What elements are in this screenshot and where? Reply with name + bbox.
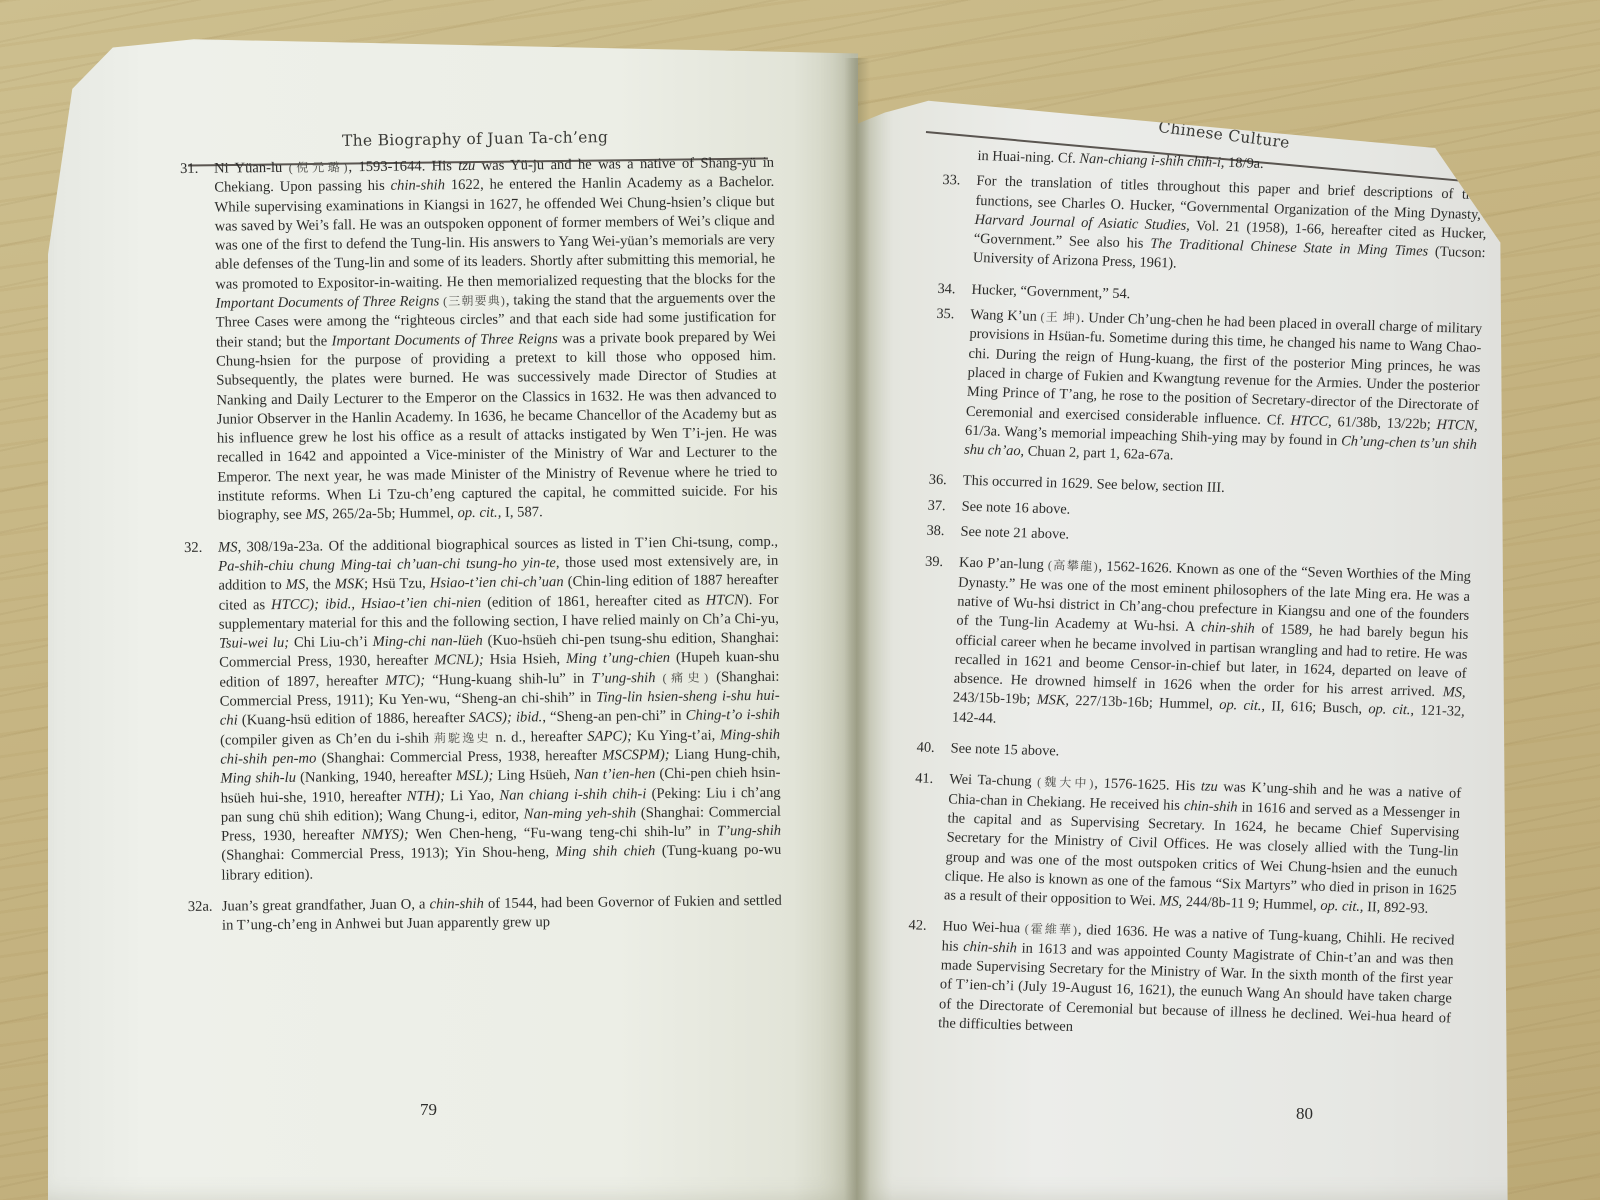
- italic-citation: Tsui-wei lu;: [219, 635, 289, 652]
- note-text: (Kuang-hsü edition of 1886, hereafter: [238, 710, 469, 728]
- italic-citation: MS: [218, 539, 238, 555]
- note-text: Liang Hung-chih,: [670, 746, 781, 763]
- note-text: Ni Yüan-lu: [214, 160, 289, 177]
- note-text: (edition of 1861, hereafter cited as: [481, 592, 706, 610]
- note-text: Chi Liu-ch’i: [289, 634, 373, 651]
- note-text: . Under Ch’ung-chen he had been placed i…: [966, 310, 1483, 428]
- italic-citation: Nan-ming yeh-shih: [524, 805, 637, 822]
- note-text: See note 21 above.: [960, 524, 1069, 543]
- italic-citation: chin-shih: [429, 896, 483, 913]
- chinese-characters: (霍維華): [1024, 922, 1078, 937]
- footnote: 41.Wei Ta-chung (魏大中), 1576-1625. His tz…: [910, 770, 1462, 920]
- italic-citation: T’ung-shih: [591, 670, 655, 687]
- footnote-body: Ni Yüan-lu (倪元璐), 1593-1644. His tzu was…: [214, 154, 778, 526]
- italic-citation: chin-shih: [1184, 798, 1238, 815]
- footnote-number: 31.: [180, 160, 198, 179]
- footnote-body: Huo Wei-hua (霍維華), died 1636. He was a n…: [938, 918, 1455, 1048]
- italic-citation: MS: [286, 577, 306, 593]
- note-text: , Chuan 2, part 1, 62a-67a.: [1020, 443, 1174, 463]
- note-text: in 1616 and served as a Messenger in the…: [944, 799, 1461, 909]
- footnote-number: 35.: [936, 305, 955, 325]
- note-text: (Nanking, 1940, hereafter: [296, 768, 456, 786]
- italic-citation: Nan chiang i-shih chih-i: [499, 786, 646, 804]
- italic-citation: Hsiao-t’ien chi-ch’uan: [430, 574, 564, 591]
- italic-citation: MSK: [1036, 692, 1065, 709]
- note-text: Kao P’an-lung: [959, 555, 1049, 573]
- footnote-body: Kao P’an-lung (高攀龍), 1562-1626. Known as…: [952, 554, 1472, 742]
- footnote-number: 32.: [184, 538, 202, 557]
- chinese-characters: (倪元璐): [289, 160, 349, 175]
- footnote-number: 40.: [916, 738, 935, 758]
- footnote: 39.Kao P’an-lung (高攀龍), 1562-1626. Known…: [918, 553, 1472, 742]
- note-text: , 265/2a-5b; Hummel,: [325, 505, 458, 522]
- note-text: Huo Wei-hua: [942, 919, 1025, 937]
- italic-citation: NTH);: [407, 788, 445, 804]
- italic-citation: HTCN: [1436, 416, 1474, 433]
- footnote: 42.Huo Wei-hua (霍維華), died 1636. He was …: [904, 917, 1455, 1048]
- note-text: This occurred in 1629. See below, sectio…: [962, 473, 1225, 496]
- footnote: 40.See note 15 above.: [916, 738, 1463, 773]
- note-text: in Huai-ning. Cf.: [977, 148, 1080, 167]
- italic-citation: chin-shih: [1201, 620, 1255, 637]
- italic-citation: NMYS);: [362, 827, 409, 843]
- italic-citation: MSK: [335, 576, 364, 592]
- footnote-number: 42.: [908, 917, 927, 937]
- open-book: The Biography of Juan Ta-ch’eng 31.Ni Yü…: [48, 18, 1580, 1200]
- note-text: Ling Hsüeh,: [493, 767, 574, 784]
- note-text: Wei Ta-chung: [949, 772, 1038, 790]
- note-text: See note 15 above.: [950, 740, 1059, 759]
- footnote: 32a.Juan’s great grandfather, Juan O, a …: [188, 892, 782, 937]
- italic-citation: MS: [305, 507, 325, 523]
- italic-citation: op. cit.: [1320, 898, 1360, 915]
- chinese-characters: 荊駝逸史: [434, 730, 491, 745]
- italic-citation: op. cit.: [1368, 701, 1411, 718]
- italic-citation: Nan t’ien-hen: [574, 766, 655, 783]
- note-text: “Hung-kuang shih-lu” in: [425, 670, 591, 688]
- chinese-characters: (高攀龍): [1048, 558, 1099, 573]
- note-text: (Shanghai: Commercial Press, 1938, herea…: [316, 748, 602, 767]
- note-text: , 227/13b-16b; Hummel,: [1065, 693, 1220, 713]
- italic-citation: SAPC);: [587, 728, 632, 744]
- italic-citation: chin-shih: [391, 178, 445, 195]
- left-page: The Biography of Juan Ta-ch’eng 31.Ni Yü…: [48, 18, 858, 1200]
- note-text: , 18/9a.: [1221, 155, 1264, 172]
- italic-citation: Ching-t’o i-shih: [686, 707, 780, 724]
- footnote-number: 32a.: [188, 898, 213, 918]
- footnote-number: 38.: [926, 522, 945, 542]
- footnote-number: 34.: [937, 280, 956, 300]
- italic-citation: Ming t’ung-chien: [566, 650, 670, 667]
- footnote-body: Juan’s great grandfather, Juan O, a chin…: [222, 892, 782, 936]
- note-text: , II, 892-93.: [1360, 899, 1429, 917]
- italic-citation: tzu: [1201, 779, 1219, 795]
- italic-citation: HTCN: [706, 592, 744, 608]
- note-text: Ku Ying-t’ai,: [632, 727, 720, 744]
- italic-citation: HTCC: [1290, 412, 1328, 429]
- footnote-body: MS, 308/19a-23a. Of the additional biogr…: [218, 532, 782, 885]
- italic-citation: Nan-chiang i-shih chih-i: [1079, 151, 1221, 171]
- italic-citation: tzu: [458, 158, 475, 174]
- right-notes-list: 33.For the translation of titles through…: [904, 171, 1489, 1047]
- footnote-body: Wei Ta-chung (魏大中), 1576-1625. His tzu w…: [944, 771, 1462, 920]
- note-text: , 1593-1644. His: [348, 158, 458, 175]
- italic-citation: Ming shih chieh: [556, 843, 656, 860]
- italic-citation: The Traditional Chinese State in Ming Ti…: [1150, 236, 1429, 260]
- note-text: Hsia Hsieh,: [484, 651, 566, 668]
- note-text: , 61/38b, 13/22b;: [1328, 413, 1437, 432]
- note-text: , II, 616; Busch,: [1261, 699, 1369, 718]
- book-spine-gutter: [844, 58, 870, 1200]
- italic-citation: Important Documents of Three Reigns: [215, 293, 439, 311]
- note-text: (Shanghai: Commercial Press, 1913); Yin …: [221, 844, 555, 864]
- note-text: , “Sheng-an pen-chi” in: [542, 708, 686, 726]
- right-page-number: 80: [1296, 1104, 1313, 1124]
- italic-citation: MTC);: [385, 672, 425, 688]
- footnote-number: 39.: [925, 553, 944, 573]
- left-footnotes: 31.Ni Yüan-lu (倪元璐), 1593-1644. His tzu …: [180, 154, 782, 949]
- italic-citation: op. cit.: [1219, 697, 1262, 714]
- footnote: 35.Wang K’un (王 坤). Under Ch’ung-chen he…: [930, 305, 1483, 474]
- note-text: See note 16 above.: [961, 498, 1070, 517]
- italic-citation: Ming-chi nan-lüeh: [372, 633, 482, 650]
- note-text: Hucker, “Government,” 54.: [971, 282, 1131, 302]
- note-text: ; Hsü Tzu,: [364, 576, 430, 593]
- footnote-number: 41.: [915, 770, 934, 790]
- chinese-characters: (魏大中): [1037, 775, 1095, 791]
- italic-citation: Harvard Journal of Asiatic Studies: [974, 212, 1186, 234]
- note-text: , the: [305, 577, 335, 593]
- note-text: was a private book prepared by Wei Chung…: [216, 328, 778, 524]
- italic-citation: HTCC); ibid., Hsiao-t’ien chi-nien: [271, 594, 481, 612]
- note-text: Wang K’un: [970, 307, 1041, 325]
- italic-citation: T’ung-shih: [717, 823, 781, 840]
- note-text: n. d., hereafter: [491, 728, 588, 745]
- note-text: Li Yao,: [445, 787, 500, 804]
- footnote-body: Wang K’un (王 坤). Under Ch’ung-chen he ha…: [964, 306, 1483, 475]
- left-page-number: 79: [420, 1100, 437, 1120]
- footnote-body: For the translation of titles throughout…: [972, 172, 1488, 283]
- italic-citation: MSCSPM);: [602, 747, 669, 764]
- right-page: Chinese Culture in Huai-ning. Cf. Nan-ch…: [856, 18, 1580, 1200]
- right-running-head: Chinese Culture: [1157, 118, 1290, 152]
- footnote: 33.For the translation of titles through…: [938, 171, 1488, 283]
- note-text: , 1576-1625. His: [1094, 776, 1201, 795]
- italic-citation: Important Documents of Three Reigns: [331, 331, 557, 349]
- italic-citation: Pa-shih-chiu chung Ming-tai ch’uan-chi t…: [218, 555, 556, 575]
- footnote-number: 37.: [927, 496, 946, 516]
- note-text: , I, 587.: [498, 505, 543, 521]
- left-running-head: The Biography of Juan Ta-ch’eng: [342, 128, 608, 150]
- italic-citation: op. cit.: [457, 505, 497, 521]
- chinese-characters: (三朝要典): [443, 294, 506, 309]
- footnote-number: 36.: [928, 471, 947, 491]
- italic-citation: chin-shih: [963, 939, 1017, 956]
- chinese-characters: (痛史): [663, 670, 710, 684]
- note-text: , 308/19a-23a. Of the additional biograp…: [237, 533, 778, 555]
- italic-citation: MCNL);: [434, 652, 484, 669]
- footnote-body: See note 15 above.: [950, 739, 1463, 773]
- note-text: (compiler given as Ch’en du i-shih: [220, 730, 434, 748]
- italic-citation: MS: [1442, 684, 1462, 701]
- italic-citation: SACS); ibid.: [469, 710, 543, 727]
- note-text: Wen Chen-heng, “Fu-wang teng-chi shih-lu…: [409, 824, 717, 843]
- footnote-number: 33.: [942, 171, 961, 191]
- footnote: 32.MS, 308/19a-23a. Of the additional bi…: [184, 532, 782, 886]
- italic-citation: MS: [1159, 893, 1179, 910]
- italic-citation: MSL);: [456, 768, 493, 784]
- note-text: , 244/8b-11 9; Hummel,: [1178, 894, 1320, 914]
- footnote: 31.Ni Yüan-lu (倪元璐), 1593-1644. His tzu …: [180, 154, 778, 527]
- right-footnotes: in Huai-ning. Cf. Nan-chiang i-shih chih…: [903, 146, 1490, 1060]
- note-text: Juan’s great grandfather, Juan O, a: [222, 896, 430, 914]
- italic-citation: Ming shih-lu: [220, 770, 296, 787]
- chinese-characters: (王 坤): [1040, 310, 1081, 325]
